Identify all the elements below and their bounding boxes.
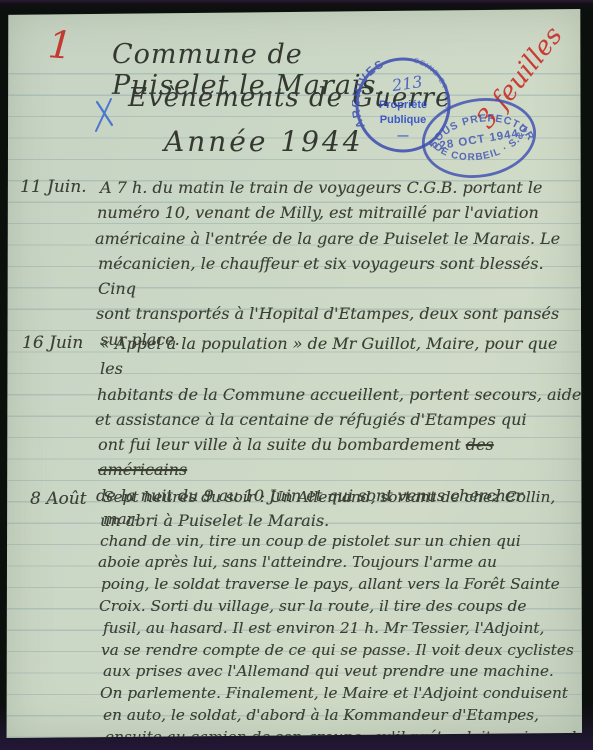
- photo-background: 1 Commune de Puiselet.le.Marais. Evèneme…: [0, 0, 593, 750]
- entry-date: 16 Juin: [22, 333, 83, 353]
- entry-date: 8 Août: [30, 489, 87, 509]
- document-year: Année 1944: [164, 125, 364, 158]
- entry-line: Sept heures du soir : Un Allemand, sorta…: [103, 487, 591, 531]
- entry-line: aux prises avec l'Allemand qui veut pren…: [103, 661, 591, 683]
- entry-line: ont fui leur ville à la suite du bombard…: [98, 432, 582, 483]
- entry-line: habitants de la Commune accueillent, por…: [97, 382, 582, 407]
- entry-line: Croix. Sorti du village, sur la route, i…: [99, 596, 591, 618]
- entry-text: A 7 h. du matin le train de voyageurs C.…: [100, 175, 582, 352]
- entry-line: en auto, le soldat, d'abord à la Kommand…: [103, 705, 591, 727]
- entry-line: aboie après lui, sans l'atteindre. Toujo…: [98, 552, 591, 574]
- page-number: 1: [46, 22, 73, 68]
- archives-stamp-dash: —: [398, 130, 409, 142]
- entry-line: américaine à l'entrée de la gare de Puis…: [95, 226, 582, 251]
- entry-line: ensuite au camion de son groupe, qu'il p…: [105, 727, 591, 749]
- entry-date: 11 Juin.: [20, 177, 87, 197]
- entry-line: poing, le soldat traverse le pays, allan…: [101, 574, 591, 596]
- document-page: 1 Commune de Puiselet.le.Marais. Evèneme…: [6, 9, 582, 738]
- entry-line: « Appel à la population » de Mr Guillot,…: [100, 331, 582, 382]
- entry-line: numéro 10, venant de Milly, est mitraill…: [97, 200, 582, 225]
- entry-line-text: ont fui leur ville à la suite du bombard…: [98, 435, 466, 454]
- entry-text: Sept heures du soir : Un Allemand, sorta…: [103, 487, 591, 749]
- entry-line: va se rendre compte de ce qui se passe. …: [101, 640, 591, 662]
- entry-line: chand de vin, tire un coup de pistolet s…: [100, 531, 591, 553]
- archives-stamp-number: 213: [390, 72, 424, 95]
- entry-line: fusil, au hasard. Il est environ 21 h. M…: [103, 618, 591, 640]
- entry-line: sont transportés à l'Hopital d'Etampes, …: [96, 301, 582, 326]
- entry-line: mécanicien, le chauffeur et six voyageur…: [98, 251, 582, 302]
- entry-line: et assistance à la centaine de réfugiés …: [95, 407, 582, 432]
- entry-line: A 7 h. du matin le train de voyageurs C.…: [100, 175, 582, 200]
- entry-line: On parlemente. Finalement, le Maire et l…: [100, 683, 591, 705]
- x-cross-mark-icon: [92, 95, 118, 133]
